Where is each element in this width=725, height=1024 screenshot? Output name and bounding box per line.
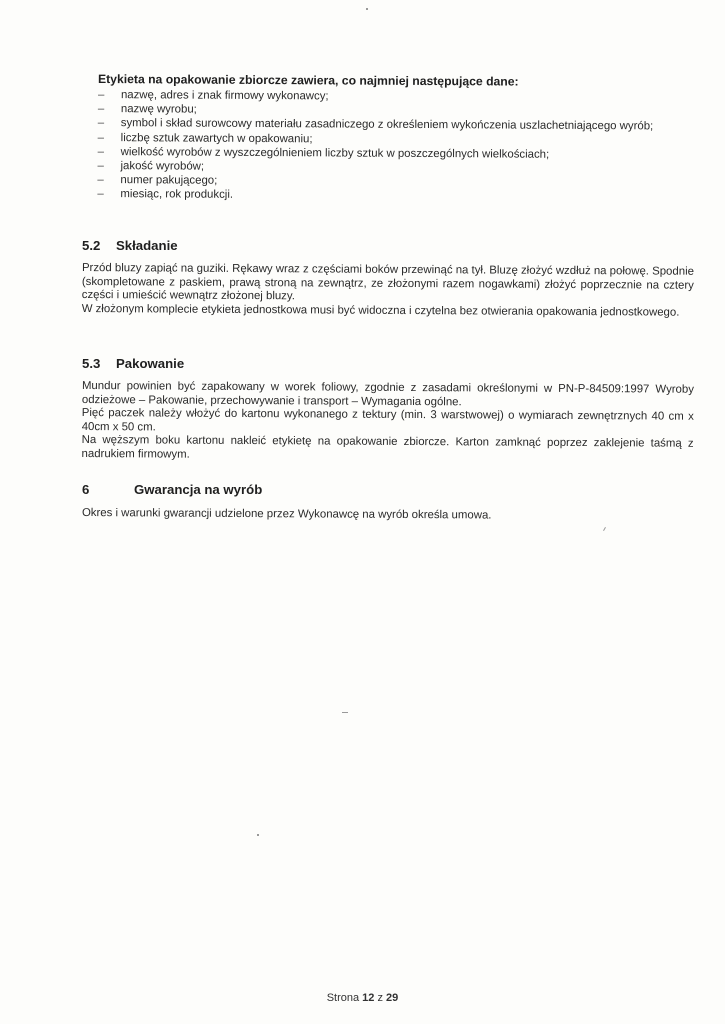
dash-bullet: – — [97, 187, 103, 201]
paragraph: Przód bluzy zapiąć na guziki. Rękawy wra… — [82, 262, 694, 307]
page-label: Strona — [327, 992, 359, 1004]
scan-artifact — [342, 712, 348, 713]
section-5-2-heading: 5.2Składanie — [82, 238, 178, 253]
total-pages-number: 29 — [386, 992, 398, 1004]
section-title: Pakowanie — [116, 356, 184, 371]
paragraph: Mundur powinien być zapakowany w worek f… — [82, 380, 694, 411]
dash-bullet: – — [98, 116, 104, 130]
paragraph: Na węższym boku kartonu nakleić etykietę… — [82, 434, 694, 465]
page-separator: z — [377, 992, 383, 1004]
packaging-label-title: Etykieta na opakowanie zbiorcze zawiera,… — [98, 72, 519, 89]
section-5-3-body: Mundur powinien być zapakowany w worek f… — [82, 380, 694, 465]
paragraph: Pięć paczek należy włożyć do kartonu wyk… — [82, 407, 694, 438]
dash-bullet: – — [98, 88, 104, 102]
packaging-label-list: –nazwę, adres i znak firmowy wykonawcy; … — [97, 88, 698, 205]
section-5-2-body: Przód bluzy zapiąć na guziki. Rękawy wra… — [82, 262, 694, 320]
section-6-heading: 6Gwarancja na wyrób — [82, 482, 262, 497]
current-page-number: 12 — [362, 992, 374, 1004]
scan-artifact — [603, 527, 606, 531]
dash-bullet: – — [98, 145, 104, 159]
paragraph: Okres i warunki gwarancji udzielone prze… — [82, 507, 694, 524]
dash-bullet: – — [97, 173, 103, 187]
scan-artifact — [366, 8, 368, 10]
paragraph: W złożonym komplecie etykieta jednostkow… — [82, 303, 694, 320]
dash-bullet: – — [98, 131, 104, 145]
section-title: Gwarancja na wyrób — [134, 482, 262, 497]
section-number: 6 — [82, 482, 134, 497]
dash-bullet: – — [98, 102, 104, 116]
scan-artifact — [257, 834, 259, 836]
section-5-3-heading: 5.3Pakowanie — [82, 356, 184, 371]
list-item: –miesiąc, rok produkcji. — [97, 187, 697, 205]
page-footer: Strona 12 z 29 — [0, 992, 725, 1004]
document-page: Etykieta na opakowanie zbiorcze zawiera,… — [0, 0, 725, 1024]
section-number: 5.3 — [82, 356, 116, 371]
section-title: Składanie — [116, 238, 178, 253]
section-number: 5.2 — [82, 238, 116, 253]
section-6-body: Okres i warunki gwarancji udzielone prze… — [82, 507, 694, 524]
dash-bullet: – — [97, 159, 103, 173]
